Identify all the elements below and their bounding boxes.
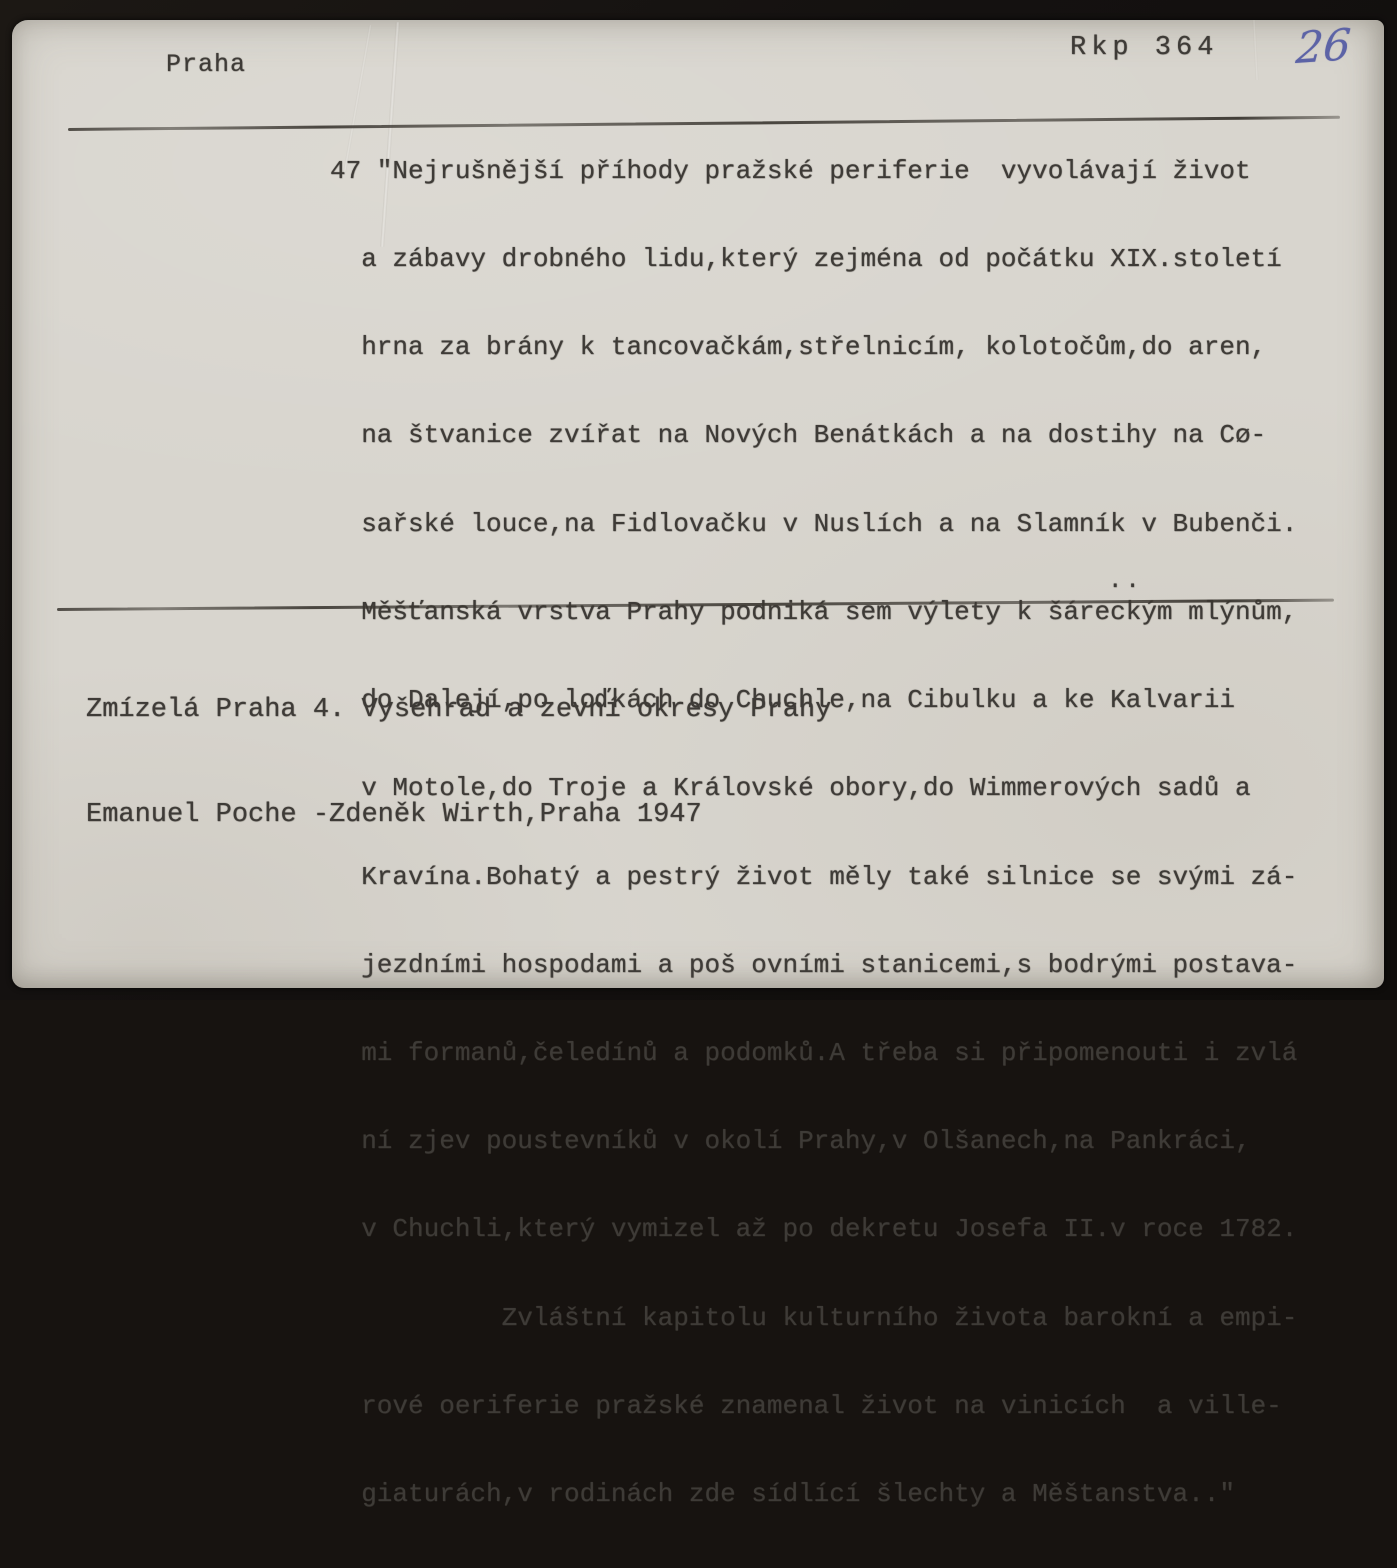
- citation-author-line: Emanuel Poche -Zdeněk Wirth,Praha 1947: [86, 798, 831, 833]
- document-paper: Praha Rkp 364 26 47 "Nejrušnější příhody…: [12, 20, 1384, 988]
- paper-crease: [1252, 20, 1258, 80]
- manuscript-number: Rkp 364: [1070, 33, 1218, 63]
- page-title-praha: Praha: [166, 50, 246, 79]
- typewritten-line: na štvanice zvířat na Nových Benátkách a…: [330, 421, 1297, 450]
- handwritten-page-number: 26: [1294, 20, 1352, 74]
- citation-title-line: Zmízelá Praha 4. Vyšehrad a zevní okresy…: [86, 693, 831, 728]
- typewritten-line: a zábavy drobného lidu,který zejména od …: [330, 245, 1297, 274]
- typewritten-line: hrna za brány k tancovačkám,střelnicím, …: [330, 333, 1297, 362]
- typewritten-line: 47 "Nejrušnější příhody pražské periferi…: [330, 157, 1297, 186]
- source-citation: Zmízelá Praha 4. Vyšehrad a zevní okresy…: [86, 623, 831, 903]
- typewritten-line: sařské louce,na Fidlovačku v Nuslích a n…: [330, 510, 1297, 539]
- stray-typed-marks: ..: [1108, 568, 1143, 595]
- typewritten-line: jezdními hospodami a poš ovními stanicem…: [330, 951, 1297, 980]
